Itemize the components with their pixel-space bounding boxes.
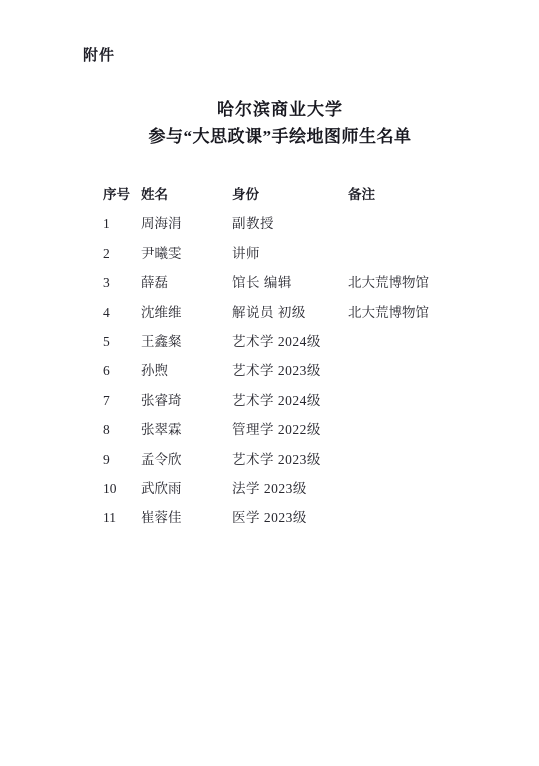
title-block: 哈尔滨商业大学 参与“大思政课”手绘地图师生名单 xyxy=(100,96,460,150)
header-identity: 身份 xyxy=(232,187,348,202)
table-row: 6 孙煦 艺术学 2023级 xyxy=(103,363,465,392)
identity-cell: 艺术学 2023级 xyxy=(232,363,348,378)
table-body: 1 周海涓 副教授 2 尹曦雯 讲师 3 薛磊 馆长 编辑 北大荒博物馆 4 沈… xyxy=(103,216,465,539)
document-page: 附件 哈尔滨商业大学 参与“大思政课”手绘地图师生名单 序号 姓名 身份 备注 … xyxy=(0,0,539,766)
name-cell: 崔蓉佳 xyxy=(141,510,232,525)
name-cell: 尹曦雯 xyxy=(141,246,232,261)
header-name: 姓名 xyxy=(141,187,232,202)
name-cell: 薛磊 xyxy=(141,275,232,290)
identity-cell: 副教授 xyxy=(232,216,348,231)
page-title: 哈尔滨商业大学 xyxy=(100,96,460,123)
row-number-cell: 7 xyxy=(103,393,141,408)
note-cell: 北大荒博物馆 xyxy=(348,305,465,320)
identity-cell: 管理学 2022级 xyxy=(232,422,348,437)
header-note: 备注 xyxy=(348,187,465,202)
row-number-cell: 11 xyxy=(103,510,141,525)
attachment-label: 附件 xyxy=(83,44,115,65)
identity-cell: 讲师 xyxy=(232,246,348,261)
name-cell: 孙煦 xyxy=(141,363,232,378)
identity-cell: 法学 2023级 xyxy=(232,481,348,496)
row-number-cell: 6 xyxy=(103,363,141,378)
table-row: 4 沈维维 解说员 初级 北大荒博物馆 xyxy=(103,305,465,334)
row-number-cell: 10 xyxy=(103,481,141,496)
row-number-cell: 5 xyxy=(103,334,141,349)
name-cell: 武欣雨 xyxy=(141,481,232,496)
table-row: 8 张翠霖 管理学 2022级 xyxy=(103,422,465,451)
table-row: 7 张睿琦 艺术学 2024级 xyxy=(103,393,465,422)
row-number-cell: 2 xyxy=(103,246,141,261)
row-number-cell: 1 xyxy=(103,216,141,231)
name-cell: 张翠霖 xyxy=(141,422,232,437)
table-row: 1 周海涓 副教授 xyxy=(103,216,465,245)
page-subtitle: 参与“大思政课”手绘地图师生名单 xyxy=(100,123,460,150)
table-header-row: 序号 姓名 身份 备注 xyxy=(103,187,465,216)
header-no: 序号 xyxy=(103,187,141,202)
name-cell: 孟令欣 xyxy=(141,452,232,467)
table-row: 5 王鑫粲 艺术学 2024级 xyxy=(103,334,465,363)
identity-cell: 馆长 编辑 xyxy=(232,275,348,290)
row-number-cell: 4 xyxy=(103,305,141,320)
name-cell: 周海涓 xyxy=(141,216,232,231)
identity-cell: 解说员 初级 xyxy=(232,305,348,320)
row-number-cell: 8 xyxy=(103,422,141,437)
name-cell: 张睿琦 xyxy=(141,393,232,408)
identity-cell: 艺术学 2024级 xyxy=(232,334,348,349)
table-row: 2 尹曦雯 讲师 xyxy=(103,246,465,275)
identity-cell: 艺术学 2024级 xyxy=(232,393,348,408)
identity-cell: 艺术学 2023级 xyxy=(232,452,348,467)
table-row: 10 武欣雨 法学 2023级 xyxy=(103,481,465,510)
name-cell: 沈维维 xyxy=(141,305,232,320)
row-number-cell: 3 xyxy=(103,275,141,290)
table-row: 11 崔蓉佳 医学 2023级 xyxy=(103,510,465,539)
table-row: 3 薛磊 馆长 编辑 北大荒博物馆 xyxy=(103,275,465,304)
note-cell: 北大荒博物馆 xyxy=(348,275,465,290)
row-number-cell: 9 xyxy=(103,452,141,467)
roster-table: 序号 姓名 身份 备注 1 周海涓 副教授 2 尹曦雯 讲师 3 薛磊 馆长 编… xyxy=(103,187,465,540)
table-row: 9 孟令欣 艺术学 2023级 xyxy=(103,452,465,481)
identity-cell: 医学 2023级 xyxy=(232,510,348,525)
name-cell: 王鑫粲 xyxy=(141,334,232,349)
